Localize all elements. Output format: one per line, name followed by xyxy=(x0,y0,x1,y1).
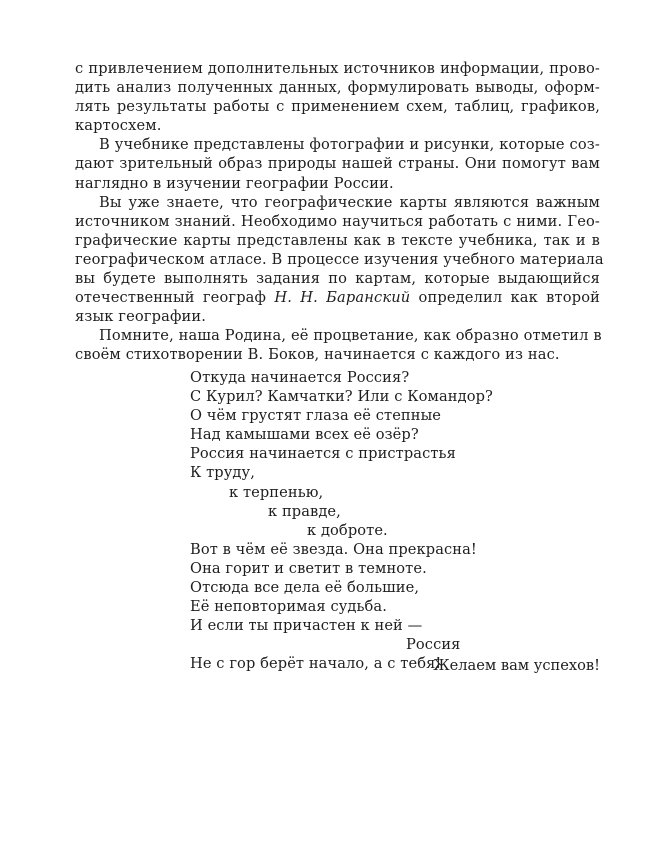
signoff: Желаем вам успехов! xyxy=(433,656,600,675)
poem-line: Россия xyxy=(190,635,493,654)
text-line: картосхем. xyxy=(75,116,600,135)
paragraph-2: В учебнике представлены фотографии и рис… xyxy=(75,135,600,192)
poem-line: Она горит и светит в темноте. xyxy=(190,559,493,578)
text-line: лять результаты работы с применением схе… xyxy=(75,97,600,116)
poem-line: к терпенью, xyxy=(190,483,493,502)
text-line: вы будете выполнять задания по картам, к… xyxy=(75,269,600,288)
poem-line: С Курил? Камчатки? Или с Командор? xyxy=(190,387,493,406)
text-line: дают зрительный образ природы нашей стра… xyxy=(75,154,600,173)
text-line: дить анализ полученных данных, формулиро… xyxy=(75,78,600,97)
author-name: Н. Н. Баранский xyxy=(274,289,410,306)
paragraph-3: Вы уже знаете, что географические карты … xyxy=(75,193,600,327)
poem-line: Откуда начинается Россия? xyxy=(190,368,493,387)
text-line: В учебнике представлены фотографии и рис… xyxy=(75,135,600,154)
text-line: язык географии. xyxy=(75,307,600,326)
poem: Откуда начинается Россия? С Курил? Камча… xyxy=(190,368,493,674)
paragraph-1: с привлечением дополнительных источников… xyxy=(75,59,600,135)
text-line: графические карты представлены как в тек… xyxy=(75,231,600,250)
poem-line: Над камышами всех её озёр? xyxy=(190,425,493,444)
poem-line: Отсюда все дела её большие, xyxy=(190,578,493,597)
text-line: наглядно в изучении географии России. xyxy=(75,174,600,193)
text-line: Помните, наша Родина, её процветание, ка… xyxy=(75,326,600,345)
poem-line: к правде, xyxy=(190,502,493,521)
body-text: с привлечением дополнительных источников… xyxy=(75,59,600,365)
poem-line: Её неповторимая судьба. xyxy=(190,597,493,616)
text-line: своём стихотворении В. Боков, начинается… xyxy=(75,345,600,364)
text-line: с привлечением дополнительных источников… xyxy=(75,59,600,78)
text-segment: определил как второй xyxy=(410,289,600,306)
poem-line: О чём грустят глаза её степные xyxy=(190,406,493,425)
poem-line: И если ты причастен к ней — xyxy=(190,616,493,635)
poem-line: к доброте. xyxy=(190,521,493,540)
poem-line: К труду, xyxy=(190,463,493,482)
text-line: источником знаний. Необходимо научиться … xyxy=(75,212,600,231)
text-segment: отечественный географ xyxy=(75,289,274,306)
text-line: Вы уже знаете, что географические карты … xyxy=(75,193,600,212)
text-line: географическом атласе. В процессе изучен… xyxy=(75,250,600,269)
paragraph-4: Помните, наша Родина, её процветание, ка… xyxy=(75,326,600,364)
poem-line: Вот в чём её звезда. Она прекрасна! xyxy=(190,540,493,559)
poem-line: Россия начинается с пристрастья xyxy=(190,444,493,463)
text-line-with-author: отечественный географ Н. Н. Баранский оп… xyxy=(75,288,600,307)
